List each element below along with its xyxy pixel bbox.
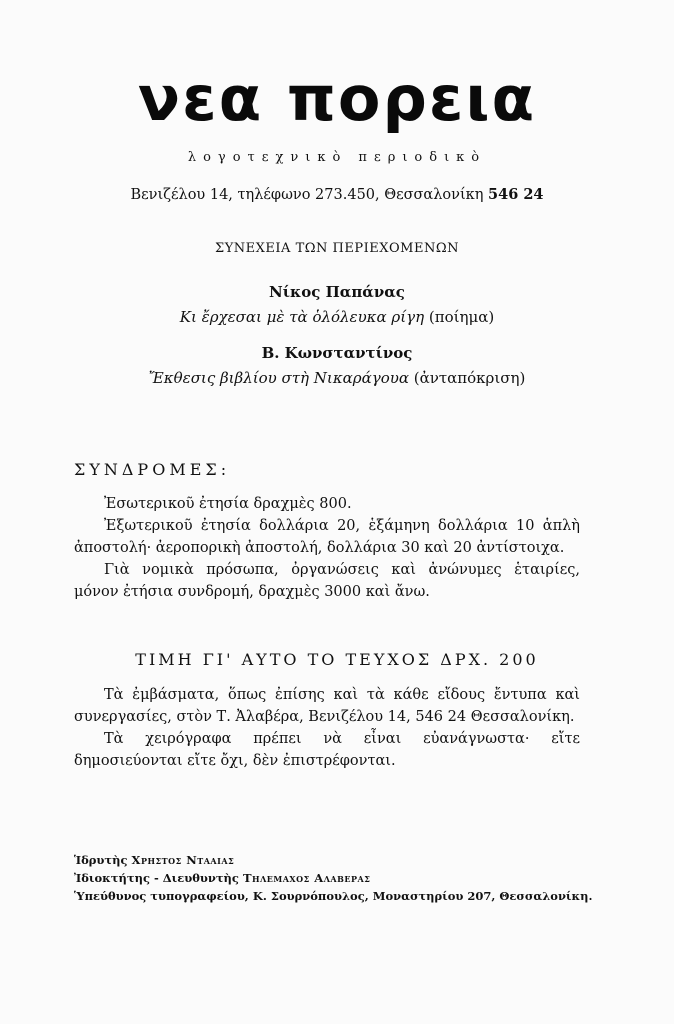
contents-author: Β. Κωνσταντίνος bbox=[0, 344, 674, 362]
contents-work: Ἔκθεσις βιβλίου στὴ Νικαράγουα (ἀνταπόκρ… bbox=[0, 369, 674, 387]
subscription-paragraph: Γιὰ νομικὰ πρόσωπα, ὀργανώσεις καὶ ἀνώνυ… bbox=[74, 559, 580, 603]
price-heading: ΤΙΜΗ ΓΙ' ΑΥΤΟ ΤΟ ΤΕΥΧΟΣ ΔΡΧ. 200 bbox=[0, 650, 674, 669]
contents-heading: ΣΥΝΕΧΕΙΑ ΤΩΝ ΠΕΡΙΕΧΟΜΕΝΩΝ bbox=[0, 241, 674, 256]
contents-author: Νίκος Παπάνας bbox=[0, 283, 674, 301]
work-title: Κι ἔρχεσαι μὲ τὰ ὁλόλευκα ρίγη bbox=[180, 308, 424, 326]
magazine-subtitle: λογοτεχνικὸ περιοδικὸ bbox=[0, 150, 674, 165]
magazine-title: νεα πορεια bbox=[0, 62, 674, 135]
address-line: Βενιζέλου 14, τηλέφωνο 273.450, Θεσσαλον… bbox=[0, 186, 674, 203]
credit-line: Ἱδρυτὴς Χρηστος Ντααιας bbox=[74, 851, 592, 869]
credit-role: Ἰδιοκτήτης - Διευθυντὴς bbox=[74, 871, 239, 885]
work-title: Ἔκθεσις βιβλίου στὴ Νικαράγουα bbox=[149, 369, 409, 387]
postcode: 546 24 bbox=[488, 186, 544, 203]
address-text: Βενιζέλου 14, τηλέφωνο 273.450, Θεσσαλον… bbox=[130, 187, 483, 203]
subscriptions-heading: ΣΥΝΔΡΟΜΕΣ: bbox=[74, 460, 230, 479]
subscription-paragraph: Ἐσωτερικοῦ ἐτησία δραχμὲς 800. bbox=[74, 493, 580, 515]
credit-line: Ὑπεύθυνος τυπογραφείου, Κ. Σουρνόπουλος,… bbox=[74, 887, 592, 905]
credit-line: Ἰδιοκτήτης - Διευθυντὴς Τηλεμαχος Αλαβερ… bbox=[74, 869, 592, 887]
credit-name: Κ. Σουρνόπουλος, Μοναστηρίου 207, Θεσσαλ… bbox=[253, 889, 593, 903]
credits-block: Ἱδρυτὴς Χρηστος Ντααιας Ἰδιοκτήτης - Διε… bbox=[74, 851, 592, 905]
credit-name: Χρηστος Ντααιας bbox=[132, 853, 235, 867]
contents-work: Κι ἔρχεσαι μὲ τὰ ὁλόλευκα ρίγη (ποίημα) bbox=[0, 308, 674, 326]
magazine-page: νεα πορεια λογοτεχνικὸ περιοδικὸ Βενιζέλ… bbox=[0, 0, 674, 1024]
credit-name: Τηλεμαχος Αλαβερας bbox=[243, 871, 370, 885]
subscription-paragraph: Ἐξωτερικοῦ ἐτησία δολλάρια 20, ἑξάμηνη δ… bbox=[74, 515, 580, 559]
work-note: (ἀνταπόκριση) bbox=[414, 369, 526, 387]
price-paragraph: Τὰ χειρόγραφα πρέπει νὰ εἶναι εὐανάγνωστ… bbox=[74, 728, 580, 772]
credit-role: Ὑπεύθυνος τυπογραφείου, bbox=[74, 889, 249, 903]
price-paragraph: Τὰ ἐμβάσματα, ὅπως ἐπίσης καὶ τὰ κάθε εἴ… bbox=[74, 684, 580, 728]
credit-role: Ἱδρυτὴς bbox=[74, 853, 128, 867]
work-note: (ποίημα) bbox=[429, 308, 494, 326]
